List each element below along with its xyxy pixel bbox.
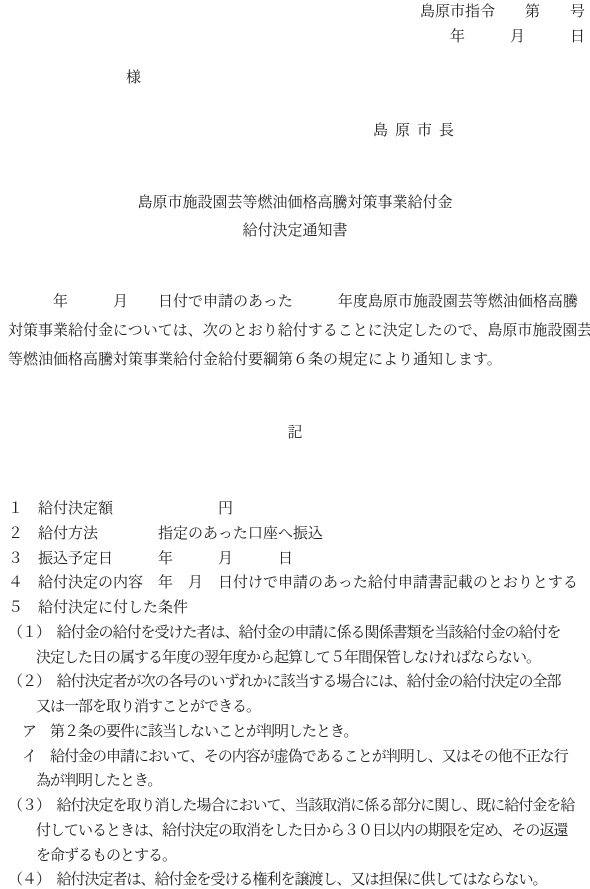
- body-line: 等燃油価格高騰対策事業給付金給付要綱第６条の規定により通知します。: [8, 345, 586, 374]
- list-item-method: ２ 給付方法 指定のあった口座へ振込: [8, 521, 590, 546]
- body-paragraph: 年 月 日付で申請のあった 年度島原市施設園芸等燃油価格高騰 対策事業給付金につ…: [8, 287, 586, 374]
- directive-number-line: 島原市指令 第 号: [420, 3, 585, 20]
- condition-line: （１） 給付金の給付を受けた者は、給付金の申請に係る関係書類を当該給付金の給付を: [8, 620, 590, 645]
- condition-line-a: ア 第２条の要件に該当しないことが判明したとき。: [8, 719, 590, 744]
- condition-line: （３） 給付決定を取り消した場合において、当該取消に係る部分に関し、既に給付金を…: [8, 793, 590, 818]
- condition-line-i: 為が判明したとき。: [8, 768, 590, 793]
- issue-date-line: 年 月 日: [450, 28, 585, 45]
- condition-line: 付しているときは、給付決定の取消をした日から３０日以内の期限を定め、その返還: [8, 818, 590, 843]
- decision-details-list: １ 給付決定額 円 ２ 給付方法 指定のあった口座へ振込 ３ 振込予定日 年 月…: [8, 496, 590, 889]
- recipient-honorific: 様: [126, 69, 141, 86]
- body-line: 対策事業給付金については、次のとおり給付することに決定したので、島原市施設園芸: [8, 316, 586, 345]
- list-item-conditions-heading: ５ 給付決定に付した条件: [8, 595, 590, 620]
- sender-name: 島原市長: [373, 122, 461, 139]
- condition-line: 又は一部を取り消すことができる。: [8, 694, 590, 719]
- document-subtitle: 給付決定通知書: [0, 222, 590, 239]
- body-line: 年 月 日付で申請のあった 年度島原市施設園芸等燃油価格高騰: [8, 287, 586, 316]
- list-item-content: ４ 給付決定の内容 年 月 日付けで申請のあった給付申請書記載のとおりとする: [8, 570, 590, 595]
- list-item-transfer-date: ３ 振込予定日 年 月 日: [8, 546, 590, 571]
- condition-line: 決定した日の属する年度の翌年度から起算して５年間保管しなければならない。: [8, 645, 590, 670]
- section-marker-ki: 記: [0, 424, 590, 441]
- list-item-amount: １ 給付決定額 円: [8, 496, 590, 521]
- condition-line-i: イ 給付金の申請において、その内容が虚偽であることが判明し、又はその他不正な行: [8, 744, 590, 769]
- notification-document-page: 島原市指令 第 号 年 月 日 様 島原市長 島原市施設園芸等燃油価格高騰対策事…: [0, 0, 590, 889]
- condition-line: を命ずるものとする。: [8, 843, 590, 868]
- condition-line: （４） 給付決定者は、給付金を受ける権利を譲渡し、又は担保に供してはならない。: [8, 867, 590, 889]
- document-title: 島原市施設園芸等燃油価格高騰対策事業給付金: [0, 194, 590, 211]
- condition-line: （２） 給付決定者が次の各号のいずれかに該当する場合には、給付金の給付決定の全部: [8, 669, 590, 694]
